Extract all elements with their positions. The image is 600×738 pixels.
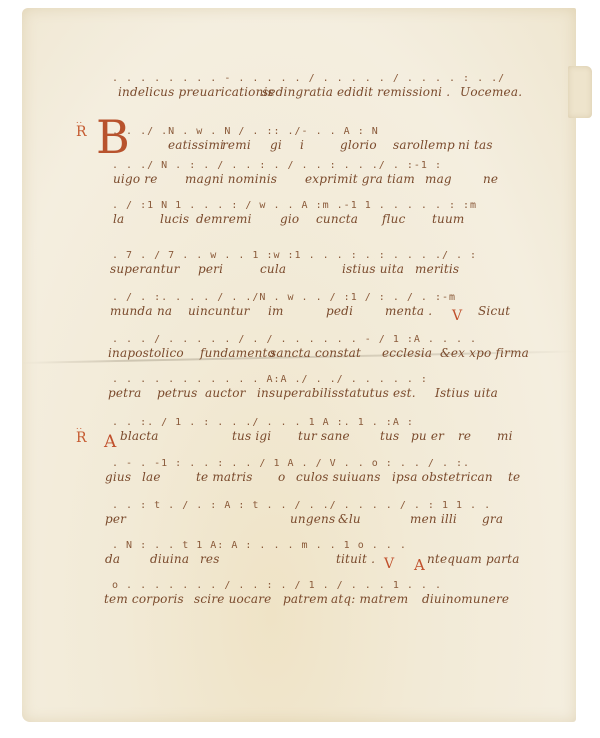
text-line-segment: tus igi xyxy=(232,429,271,443)
text-line-segment: da xyxy=(105,552,120,566)
text-line-segment: culos suiuans xyxy=(296,470,381,484)
text-line-segment: &ex xpo firma xyxy=(440,346,529,360)
text-line-segment: pedi xyxy=(326,304,353,318)
text-line-segment: men illi xyxy=(410,512,457,526)
neume-notation-row: . N : . . t 1 A: A : . . . m . . 1 o . .… xyxy=(112,540,407,551)
text-line-segment: edidit remissioni . xyxy=(337,85,450,99)
text-line-segment: exprimit gra tiam xyxy=(305,172,415,186)
text-line-segment: diuinomunere xyxy=(422,592,509,606)
responsory-mark-1: ..R xyxy=(76,118,87,140)
text-line-segment: demremi xyxy=(196,212,252,226)
text-line-segment: patrem xyxy=(283,592,328,606)
text-line-segment: im xyxy=(268,304,284,318)
text-line-segment: res xyxy=(200,552,220,566)
text-line-segment: menta . xyxy=(385,304,432,318)
text-line-segment: meritis xyxy=(415,262,459,276)
text-line-segment: lucis xyxy=(160,212,189,226)
text-line-segment: gi xyxy=(270,138,282,152)
text-line-segment: magni nominis xyxy=(185,172,277,186)
neume-notation-row: . . : t . / . : A : t . . / . ./ . . . .… xyxy=(112,500,491,511)
text-line-segment: peri xyxy=(198,262,223,276)
text-line-segment: petrus xyxy=(157,386,197,400)
text-line-segment: ecclesia xyxy=(382,346,432,360)
text-line-segment: pu er xyxy=(411,429,444,443)
text-line-segment: insuperabilis xyxy=(257,386,338,400)
neume-notation-row: . / . :. . . . / . ./N . w . . / :1 / : … xyxy=(112,292,456,303)
text-line-segment: remi xyxy=(222,138,251,152)
versus-mark-1: V xyxy=(452,308,462,324)
responsory-mark-2: ..R xyxy=(76,424,87,446)
text-line-segment: atq: matrem xyxy=(331,592,408,606)
initial-a-antequam: A xyxy=(414,556,425,574)
text-line-segment: glorio xyxy=(340,138,377,152)
text-line-segment: fluc xyxy=(382,212,406,226)
text-line-segment: diuina xyxy=(150,552,189,566)
text-line-segment: la xyxy=(113,212,124,226)
neume-notation-row: . . . . . . . . - . . . . . / . . . . . … xyxy=(112,73,505,84)
text-line-segment: sedingratia xyxy=(262,85,333,99)
versus-mark-2: V xyxy=(384,556,394,572)
text-line-segment: gio xyxy=(280,212,299,226)
text-line-segment: o xyxy=(278,470,285,484)
text-line-segment: i xyxy=(300,138,304,152)
parchment-tab xyxy=(568,66,592,118)
text-line-segment: ipsa obstetrican xyxy=(392,470,493,484)
neume-notation-row: . . . / . . . . . / . / . . . . . . - / … xyxy=(112,334,477,345)
text-line-segment: Istius uita xyxy=(435,386,498,400)
text-line-segment: sancta constat xyxy=(270,346,361,360)
text-line-segment: indelicus preuaricationis xyxy=(118,85,274,99)
text-line-segment: tem corporis xyxy=(104,592,184,606)
text-line-segment: per xyxy=(105,512,126,526)
neume-notation-row: . 7 . / 7 . . w . . 1 :w :1 . . . : . : … xyxy=(112,250,477,261)
text-line-segment: ne xyxy=(483,172,498,186)
text-line-segment: fundamento xyxy=(200,346,275,360)
text-line-segment: re xyxy=(458,429,471,443)
text-line-segment: ni tas xyxy=(458,138,493,152)
text-line-segment: ntequam parta xyxy=(427,552,520,566)
text-line-segment: auctor xyxy=(205,386,246,400)
text-line-segment: blacta xyxy=(120,429,159,443)
text-line-segment: lae xyxy=(142,470,161,484)
text-line-segment: cula xyxy=(260,262,286,276)
text-line-segment: Sicut xyxy=(478,304,510,318)
neume-notation-row: . . . . . . . . . . . A:A ./ . ./ . . . … xyxy=(112,374,428,385)
neume-notation-row: . / :1 N 1 . . . : / w . . A :m .-1 1 . … xyxy=(112,200,477,211)
text-line-segment: mag xyxy=(425,172,452,186)
text-line-segment: cuncta xyxy=(316,212,358,226)
text-line-segment: uigo re xyxy=(113,172,158,186)
text-line-segment: mi xyxy=(497,429,513,443)
text-line-segment: superantur xyxy=(110,262,180,276)
text-line-segment: sarollemp xyxy=(393,138,455,152)
text-line-segment: &lu xyxy=(338,512,361,526)
text-line-segment: munda xyxy=(110,304,153,318)
neume-notation-row: o . . . . . . . / . . : . / 1 . / . . . … xyxy=(112,580,442,591)
text-line-segment: tuum xyxy=(432,212,464,226)
text-line-segment: ungens xyxy=(290,512,335,526)
neume-notation-row: . . :. / 1 . : . . ./ . . . 1 A :. 1 . :… xyxy=(112,417,414,428)
text-line-segment: te xyxy=(508,470,520,484)
text-line-segment: tur sane xyxy=(298,429,350,443)
text-line-segment: scire uocare xyxy=(194,592,271,606)
text-line-segment: istius uita xyxy=(342,262,404,276)
neume-notation-row: . . ./ N . : . / . . : . / . . : . . ./ … xyxy=(112,160,442,171)
text-line-segment: na xyxy=(157,304,172,318)
text-line-segment: tus xyxy=(380,429,399,443)
decorated-initial-a: A xyxy=(104,432,116,452)
decorated-initial-b: B xyxy=(96,114,130,160)
text-line-segment: Uocemea. xyxy=(460,85,522,99)
text-line-segment: te matris xyxy=(196,470,253,484)
neume-notation-row: . . ./ .N . w . N / . :: ./- . . A : N xyxy=(112,126,379,137)
text-line-segment: gra xyxy=(482,512,503,526)
neume-notation-row: . - . -1 : . . : . . / 1 A . / V . . o :… xyxy=(112,458,470,469)
text-line-segment: eatissimi xyxy=(168,138,224,152)
text-line-segment: inapostolico xyxy=(108,346,184,360)
text-line-segment: petra xyxy=(108,386,142,400)
text-line-segment: uincuntur xyxy=(188,304,250,318)
text-line-segment: gius xyxy=(105,470,131,484)
text-line-segment: tituit . xyxy=(336,552,375,566)
text-line-segment: statutus est. xyxy=(338,386,416,400)
